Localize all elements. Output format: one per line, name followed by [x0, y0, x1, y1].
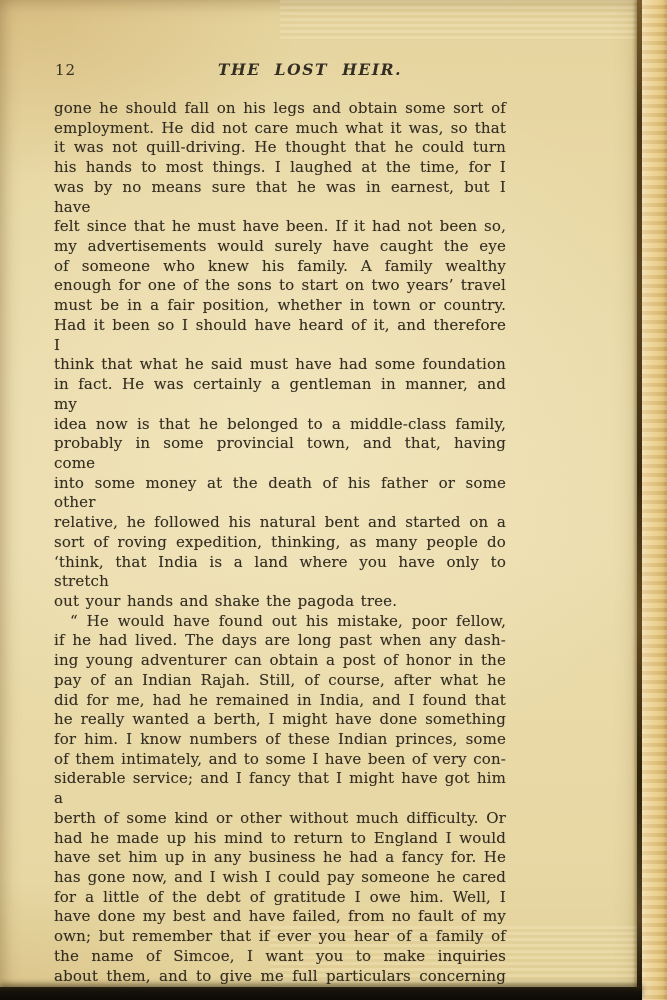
text-line: has gone now, and I wish I could pay som… — [54, 868, 506, 888]
text-line: enough for one of the sons to start on t… — [54, 276, 506, 296]
text-line: gone he should fall on his legs and obta… — [54, 99, 506, 119]
text-line: out your hands and shake the pagoda tree… — [54, 592, 506, 612]
book-bottom-shadow — [0, 987, 642, 1000]
text-line: own; but remember that if ever you hear … — [54, 927, 506, 947]
text-line: idea now is that he belonged to a middle… — [54, 415, 506, 435]
text-line: he really wanted a berth, I might have d… — [54, 710, 506, 730]
scan-streaks-top — [280, 0, 639, 40]
running-header: THE LOST HEIR. — [54, 60, 506, 79]
text-line: his hands to most things. I laughed at t… — [54, 158, 506, 178]
text-line: about them, and to give me full particul… — [54, 967, 506, 987]
text-line: pay of an Indian Rajah. Still, of course… — [54, 671, 506, 691]
text-line: of them intimately, and to some I have b… — [54, 750, 506, 770]
text-line: into some money at the death of his fath… — [54, 474, 506, 513]
running-header-row: 12 THE LOST HEIR. — [54, 60, 506, 82]
text-line: siderable service; and I fancy that I mi… — [54, 769, 506, 808]
text-line: think that what he said must have had so… — [54, 355, 506, 375]
text-line: Had it been so I should have heard of it… — [54, 316, 506, 355]
text-line: in fact. He was certainly a gentleman in… — [54, 375, 506, 414]
text-line: employment. He did not care much what it… — [54, 119, 506, 139]
text-line: must be in a fair position, whether in t… — [54, 296, 506, 316]
text-line: if he had lived. The days are long past … — [54, 631, 506, 651]
text-line: was by no means sure that he was in earn… — [54, 178, 506, 217]
book-scan: 12 THE LOST HEIR. gone he should fall on… — [0, 0, 667, 1000]
text-line: felt since that he must have been. If it… — [54, 217, 506, 237]
text-line: the name of Simcoe, I want you to make i… — [54, 947, 506, 967]
text-line: have done my best and have failed, from … — [54, 907, 506, 927]
text-line: of someone who knew his family. A family… — [54, 257, 506, 277]
text-line: for a little of the debt of gratitude I … — [54, 888, 506, 908]
page-number: 12 — [55, 61, 76, 79]
text-line: had he made up his mind to return to Eng… — [54, 829, 506, 849]
paragraph: gone he should fall on his legs and obta… — [54, 99, 506, 612]
text-line: berth of some kind or other without much… — [54, 809, 506, 829]
text-line: relative, he followed his natural bent a… — [54, 513, 506, 533]
text-line: for him. I know numbers of these Indian … — [54, 730, 506, 750]
page-stack-edge — [642, 0, 667, 1000]
text-line: did for me, had he remained in India, an… — [54, 691, 506, 711]
text-line: it was not quill-driving. He thought tha… — [54, 138, 506, 158]
paragraph: “ He would have found out his mistake, p… — [54, 612, 506, 1000]
text-line: probably in some provincial town, and th… — [54, 434, 506, 473]
text-line: ‘think, that India is a land where you h… — [54, 553, 506, 592]
text-line: ing young adventurer can obtain a post o… — [54, 651, 506, 671]
body-text: gone he should fall on his legs and obta… — [54, 99, 506, 1000]
text-line: “ He would have found out his mistake, p… — [54, 612, 506, 632]
text-line: my advertisements would surely have caug… — [54, 237, 506, 257]
text-line: sort of roving expedition, thinking, as … — [54, 533, 506, 553]
book-page: 12 THE LOST HEIR. gone he should fall on… — [0, 0, 639, 1000]
text-line: have set him up in any business he had a… — [54, 848, 506, 868]
